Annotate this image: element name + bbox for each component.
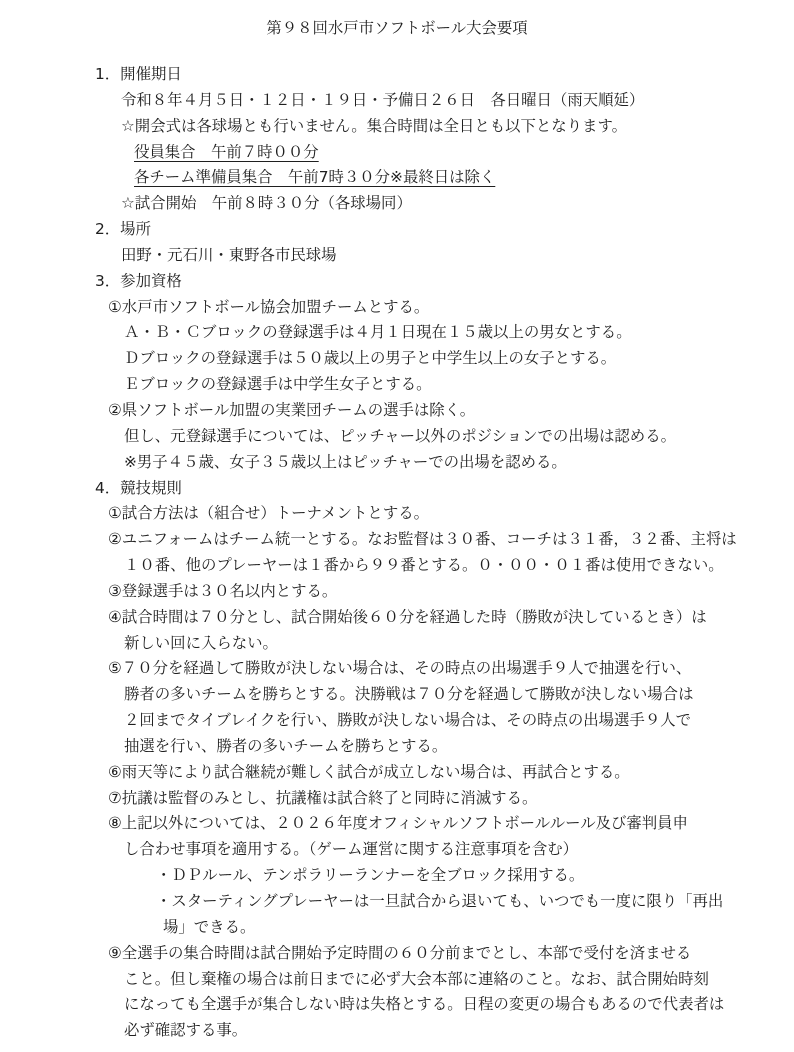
doc-line: 新しい回に入らない。 xyxy=(0,631,794,657)
doc-line-item: ⑨全選手の集合時間は試合開始予定時間の６０分前までとし、本部で受付を済ませる xyxy=(0,941,794,967)
doc-line-underline: 各チーム準備員集合 午前7時３０分※最終日は除く xyxy=(0,165,794,191)
doc-line: し合わせ事項を適用する。（ゲーム運営に関する注意事項を含む） xyxy=(0,837,794,863)
document-page: 第９８回水戸市ソフトボール大会要項 1．開催期日 令和８年４月５日・１２日・１９… xyxy=(0,0,794,1052)
doc-line-underline: 役員集合 午前７時００分 xyxy=(0,140,794,166)
doc-line: 勝者の多いチームを勝ちとする。決勝戦は７０分を経過して勝敗が決しない場合は xyxy=(0,682,794,708)
doc-line-item: ③登録選手は３０名以内とする。 xyxy=(0,579,794,605)
doc-line: 令和８年４月５日・１２日・１９日・予備日２６日 各日曜日（雨天順延） xyxy=(0,88,794,114)
doc-line-bullet: ・スターティングプレーヤーは一旦試合から退いても、いつでも一度に限り「再出 xyxy=(0,889,794,915)
doc-line-item: ②ユニフォームはチーム統一とする。なお監督は３０番、コーチは３１番，３２番、主将… xyxy=(0,527,794,553)
doc-line-bullet: ・ＤＰルール、テンポラリーランナーを全ブロック採用する。 xyxy=(0,863,794,889)
doc-line: 必ず確認する事。 xyxy=(0,1018,794,1044)
doc-line: ※男子４５歳、女子３５歳以上はピッチャーでの出場を認める。 xyxy=(0,450,794,476)
doc-line: 場」できる。 xyxy=(0,915,794,941)
section-heading-1: 1．開催期日 xyxy=(0,62,794,88)
doc-line-item: ①水戸市ソフトボール協会加盟チームとする。 xyxy=(0,295,794,321)
section-heading-3: 3．参加資格 xyxy=(0,269,794,295)
doc-line: ☆開会式は各球場とも行いません。集合時間は全日とも以下となります。 xyxy=(0,114,794,140)
doc-line: Ｅブロックの登録選手は中学生女子とする。 xyxy=(0,372,794,398)
doc-line-item: ⑤７０分を経過して勝敗が決しない場合は、その時点の出場選手９人で抽選を行い、 xyxy=(0,656,794,682)
doc-line-item: ⑥雨天等により試合継続が難しく試合が成立しない場合は、再試合とする。 xyxy=(0,760,794,786)
doc-line: 田野・元石川・東野各市民球場 xyxy=(0,243,794,269)
doc-line: Ｄブロックの登録選手は５０歳以上の男子と中学生以上の女子とする。 xyxy=(0,346,794,372)
doc-line-item: ⑧上記以外については、２０２６年度オフィシャルソフトボールルール及び審判員申 xyxy=(0,811,794,837)
doc-line-item: ②県ソフトボール加盟の実業団チームの選手は除く。 xyxy=(0,398,794,424)
section-heading-2: 2．場所 xyxy=(0,217,794,243)
doc-line: １０番、他のプレーヤーは１番から９９番とする。０・００・０１番は使用できない。 xyxy=(0,553,794,579)
doc-line-item: ①試合方法は（組合せ）トーナメントとする。 xyxy=(0,501,794,527)
doc-line: 抽選を行い、勝者の多いチームを勝ちとする。 xyxy=(0,734,794,760)
doc-line: Ａ・Ｂ・Ｃブロックの登録選手は４月１日現在１５歳以上の男女とする。 xyxy=(0,320,794,346)
doc-line: 但し、元登録選手については、ピッチャー以外のポジションでの出場は認める。 xyxy=(0,424,794,450)
doc-line-item: ⑦抗議は監督のみとし、抗議権は試合終了と同時に消滅する。 xyxy=(0,786,794,812)
doc-line: ２回までタイブレイクを行い、勝敗が決しない場合は、その時点の出場選手９人で xyxy=(0,708,794,734)
doc-line: になっても全選手が集合しない時は失格とする。日程の変更の場合もあるので代表者は xyxy=(0,992,794,1018)
doc-line-item: ④試合時間は７０分とし、試合開始後６０分を経過した時（勝敗が決しているとき）は xyxy=(0,605,794,631)
doc-line: ☆試合開始 午前８時３０分（各球場同） xyxy=(0,191,794,217)
document-title: 第９８回水戸市ソフトボール大会要項 xyxy=(0,15,794,41)
section-heading-4: 4．競技規則 xyxy=(0,476,794,502)
document-body: 1．開催期日 令和８年４月５日・１２日・１９日・予備日２６日 各日曜日（雨天順延… xyxy=(0,62,794,1044)
doc-line: こと。但し棄権の場合は前日までに必ず大会本部に連絡のこと。なお、試合開始時刻 xyxy=(0,967,794,993)
